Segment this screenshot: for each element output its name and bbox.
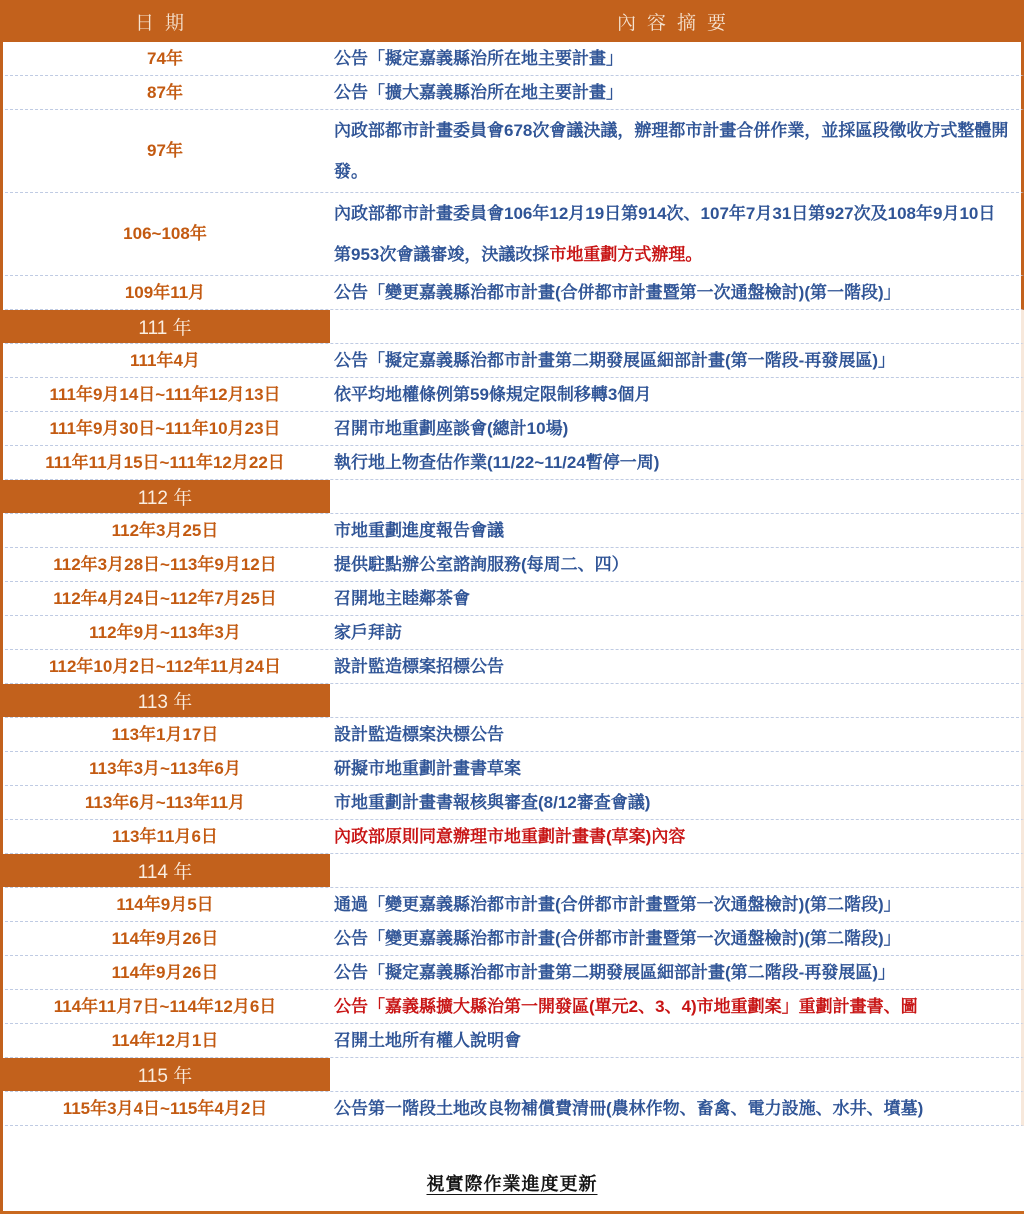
- row-summary: 市地重劃進度報告會議: [330, 515, 1021, 546]
- table-row: 109年11月公告「變更嘉義縣治都市計畫(合併都市計畫暨第一次通盤檢討)(第一階…: [0, 276, 1024, 310]
- table-row: 112年9月~113年3月家戶拜訪: [0, 616, 1024, 650]
- bottom-border-line: [0, 1211, 1024, 1214]
- footer-note: 視實際作業進度更新: [0, 1170, 1024, 1196]
- table-row: 112年10月2日~112年11月24日設計監造標案招標公告: [0, 650, 1024, 684]
- row-summary: 通過「變更嘉義縣治都市計畫(合併都市計畫暨第一次通盤檢討)(第二階段)」: [330, 889, 1021, 920]
- row-summary: 內政部原則同意辦理市地重劃計畫書(草案)內容: [330, 821, 1021, 852]
- year-section-label: 115 年: [0, 1058, 330, 1091]
- year-section-row: 115 年: [0, 1058, 1024, 1092]
- summary-text: 研擬市地重劃計畫書草案: [334, 759, 521, 778]
- row-date: 114年9月26日: [0, 960, 330, 986]
- summary-text: 依平均地權條例第59條規定限制移轉3個月: [334, 385, 651, 404]
- table-row: 112年4月24日~112年7月25日召開地主睦鄰茶會: [0, 582, 1024, 616]
- summary-text: 公告第一階段土地改良物補償費清冊(農林作物、畜禽、電力設施、水井、墳墓): [334, 1099, 923, 1118]
- table-row: 112年3月25日市地重劃進度報告會議: [0, 514, 1024, 548]
- table-body: 74年公告「擬定嘉義縣治所在地主要計畫」87年公告「擴大嘉義縣治所在地主要計畫」…: [0, 42, 1024, 1126]
- summary-text: 內政部都市計畫委員會678次會議決議，辦理都市計畫合併作業，並採區段徵收方式整體…: [334, 121, 1008, 181]
- table-row: 114年9月26日公告「變更嘉義縣治都市計畫(合併都市計畫暨第一次通盤檢討)(第…: [0, 922, 1024, 956]
- highlighted-text: 市地重劃方式辦理。: [549, 245, 702, 264]
- summary-text: 召開地主睦鄰茶會: [334, 589, 470, 608]
- summary-text: 公告「擬定嘉義縣治都市計畫第二期發展區細部計畫(第一階段-再發展區)」: [334, 351, 895, 370]
- row-date: 97年: [0, 138, 330, 164]
- highlighted-text: 公告「嘉義縣擴大縣治第一開發區(單元2、3、4)市地重劃案」重劃計畫書、圖: [334, 997, 918, 1016]
- table-row: 111年4月公告「擬定嘉義縣治都市計畫第二期發展區細部計畫(第一階段-再發展區)…: [0, 344, 1024, 378]
- row-date: 113年3月~113年6月: [0, 756, 330, 782]
- row-date: 113年6月~113年11月: [0, 790, 330, 816]
- summary-text: 召開市地重劃座談會(總計10場): [334, 419, 568, 438]
- row-summary: 公告「擬定嘉義縣治都市計畫第二期發展區細部計畫(第二階段-再發展區)」: [330, 957, 1021, 988]
- row-summary: 公告「擬定嘉義縣治所在地主要計畫」: [330, 43, 1021, 74]
- table-row: 97年內政部都市計畫委員會678次會議決議，辦理都市計畫合併作業，並採區段徵收方…: [0, 110, 1024, 193]
- row-date: 87年: [0, 80, 330, 106]
- row-date: 111年4月: [0, 348, 330, 374]
- summary-text: 公告「變更嘉義縣治都市計畫(合併都市計畫暨第一次通盤檢討)(第二階段)」: [334, 929, 901, 948]
- row-summary: 召開市地重劃座談會(總計10場): [330, 413, 1021, 444]
- row-date: 109年11月: [0, 280, 330, 306]
- row-summary: 依平均地權條例第59條規定限制移轉3個月: [330, 379, 1021, 410]
- summary-text: 公告「變更嘉義縣治都市計畫(合併都市計畫暨第一次通盤檢討)(第一階段)」: [334, 283, 901, 302]
- table-row: 113年6月~113年11月市地重劃計畫書報核與審查(8/12審查會議): [0, 786, 1024, 820]
- footer-note-text: 視實際作業進度更新: [427, 1174, 598, 1194]
- table-row: 114年12月1日召開土地所有權人說明會: [0, 1024, 1024, 1058]
- year-section-row: 113 年: [0, 684, 1024, 718]
- table-row: 114年11月7日~114年12月6日公告「嘉義縣擴大縣治第一開發區(單元2、3…: [0, 990, 1024, 1024]
- summary-text: 公告「擴大嘉義縣治所在地主要計畫」: [334, 83, 623, 102]
- table-row: 113年3月~113年6月研擬市地重劃計畫書草案: [0, 752, 1024, 786]
- row-date: 114年11月7日~114年12月6日: [0, 994, 330, 1020]
- year-section-row: 112 年: [0, 480, 1024, 514]
- year-section-row: 114 年: [0, 854, 1024, 888]
- row-summary: 設計監造標案招標公告: [330, 651, 1021, 682]
- table-row: 111年9月14日~111年12月13日依平均地權條例第59條規定限制移轉3個月: [0, 378, 1024, 412]
- row-summary: 召開土地所有權人說明會: [330, 1025, 1021, 1056]
- table-row: 113年11月6日內政部原則同意辦理市地重劃計畫書(草案)內容: [0, 820, 1024, 854]
- year-section-label: 114 年: [0, 854, 330, 887]
- year-section-row: 111 年: [0, 310, 1024, 344]
- summary-text: 公告「擬定嘉義縣治都市計畫第二期發展區細部計畫(第二階段-再發展區)」: [334, 963, 895, 982]
- summary-text: 設計監造標案決標公告: [334, 725, 504, 744]
- row-date: 111年9月30日~111年10月23日: [0, 416, 330, 442]
- row-date: 112年10月2日~112年11月24日: [0, 654, 330, 680]
- year-section-label: 111 年: [0, 310, 330, 343]
- row-summary: 研擬市地重劃計畫書草案: [330, 753, 1021, 784]
- row-date: 112年3月28日~113年9月12日: [0, 552, 330, 578]
- table-row: 114年9月5日通過「變更嘉義縣治都市計畫(合併都市計畫暨第一次通盤檢討)(第二…: [0, 888, 1024, 922]
- row-summary: 內政部都市計畫委員會678次會議決議，辦理都市計畫合併作業，並採區段徵收方式整體…: [330, 110, 1021, 192]
- table-row: 106~108年內政部都市計畫委員會106年12月19日第914次、107年7月…: [0, 193, 1024, 276]
- row-summary: 內政部都市計畫委員會106年12月19日第914次、107年7月31日第927次…: [330, 193, 1021, 275]
- table-row: 112年3月28日~113年9月12日提供駐點辦公室諮詢服務(每周二、四）: [0, 548, 1024, 582]
- table-row: 115年3月4日~115年4月2日公告第一階段土地改良物補償費清冊(農林作物、畜…: [0, 1092, 1024, 1126]
- table-header: 日期 內容摘要: [0, 0, 1024, 42]
- timeline-page: 日期 內容摘要 74年公告「擬定嘉義縣治所在地主要計畫」87年公告「擴大嘉義縣治…: [0, 0, 1024, 1223]
- row-date: 114年12月1日: [0, 1028, 330, 1054]
- table-row: 111年11月15日~111年12月22日執行地上物查估作業(11/22~11/…: [0, 446, 1024, 480]
- row-date: 113年1月17日: [0, 722, 330, 748]
- summary-text: 召開土地所有權人說明會: [334, 1031, 521, 1050]
- table-row: 87年公告「擴大嘉義縣治所在地主要計畫」: [0, 76, 1024, 110]
- row-summary: 市地重劃計畫書報核與審查(8/12審查會議): [330, 787, 1021, 818]
- row-date: 114年9月26日: [0, 926, 330, 952]
- summary-text: 提供駐點辦公室諮詢服務(每周二、四）: [334, 555, 629, 574]
- row-date: 111年9月14日~111年12月13日: [0, 382, 330, 408]
- row-summary: 公告「擴大嘉義縣治所在地主要計畫」: [330, 77, 1021, 108]
- row-date: 74年: [0, 46, 330, 72]
- row-summary: 執行地上物查估作業(11/22~11/24暫停一周): [330, 447, 1021, 478]
- row-date: 112年4月24日~112年7月25日: [0, 586, 330, 612]
- row-date: 115年3月4日~115年4月2日: [0, 1096, 330, 1122]
- left-border-line: [0, 0, 3, 1211]
- summary-text: 通過「變更嘉義縣治都市計畫(合併都市計畫暨第一次通盤檢討)(第二階段)」: [334, 895, 901, 914]
- row-summary: 公告第一階段土地改良物補償費清冊(農林作物、畜禽、電力設施、水井、墳墓): [330, 1093, 1021, 1124]
- table-row: 74年公告「擬定嘉義縣治所在地主要計畫」: [0, 42, 1024, 76]
- row-summary: 家戶拜訪: [330, 617, 1021, 648]
- date-column-header: 日期: [0, 8, 330, 35]
- row-date: 112年9月~113年3月: [0, 620, 330, 646]
- table-row: 111年9月30日~111年10月23日召開市地重劃座談會(總計10場): [0, 412, 1024, 446]
- row-summary: 設計監造標案決標公告: [330, 719, 1021, 750]
- summary-text: 市地重劃計畫書報核與審查(8/12審查會議): [334, 793, 650, 812]
- row-summary: 召開地主睦鄰茶會: [330, 583, 1021, 614]
- row-summary: 公告「變更嘉義縣治都市計畫(合併都市計畫暨第一次通盤檢討)(第一階段)」: [330, 277, 1021, 308]
- row-date: 112年3月25日: [0, 518, 330, 544]
- row-date: 114年9月5日: [0, 892, 330, 918]
- year-section-label: 113 年: [0, 684, 330, 717]
- summary-text: 公告「擬定嘉義縣治所在地主要計畫」: [334, 49, 623, 68]
- row-date: 106~108年: [0, 221, 330, 247]
- row-date: 111年11月15日~111年12月22日: [0, 450, 330, 476]
- summary-text: 設計監造標案招標公告: [334, 657, 504, 676]
- table-row: 113年1月17日設計監造標案決標公告: [0, 718, 1024, 752]
- year-section-label: 112 年: [0, 480, 330, 513]
- row-summary: 公告「擬定嘉義縣治都市計畫第二期發展區細部計畫(第一階段-再發展區)」: [330, 345, 1021, 376]
- row-summary: 公告「嘉義縣擴大縣治第一開發區(單元2、3、4)市地重劃案」重劃計畫書、圖: [330, 991, 1021, 1022]
- summary-text: 家戶拜訪: [334, 623, 402, 642]
- row-summary: 公告「變更嘉義縣治都市計畫(合併都市計畫暨第一次通盤檢討)(第二階段)」: [330, 923, 1021, 954]
- summary-column-header: 內容摘要: [330, 8, 1024, 35]
- table-row: 114年9月26日公告「擬定嘉義縣治都市計畫第二期發展區細部計畫(第二階段-再發…: [0, 956, 1024, 990]
- row-date: 113年11月6日: [0, 824, 330, 850]
- summary-text: 市地重劃進度報告會議: [334, 521, 504, 540]
- row-summary: 提供駐點辦公室諮詢服務(每周二、四）: [330, 549, 1021, 580]
- highlighted-text: 內政部原則同意辦理市地重劃計畫書(草案)內容: [334, 827, 685, 846]
- summary-text: 執行地上物查估作業(11/22~11/24暫停一周): [334, 453, 659, 472]
